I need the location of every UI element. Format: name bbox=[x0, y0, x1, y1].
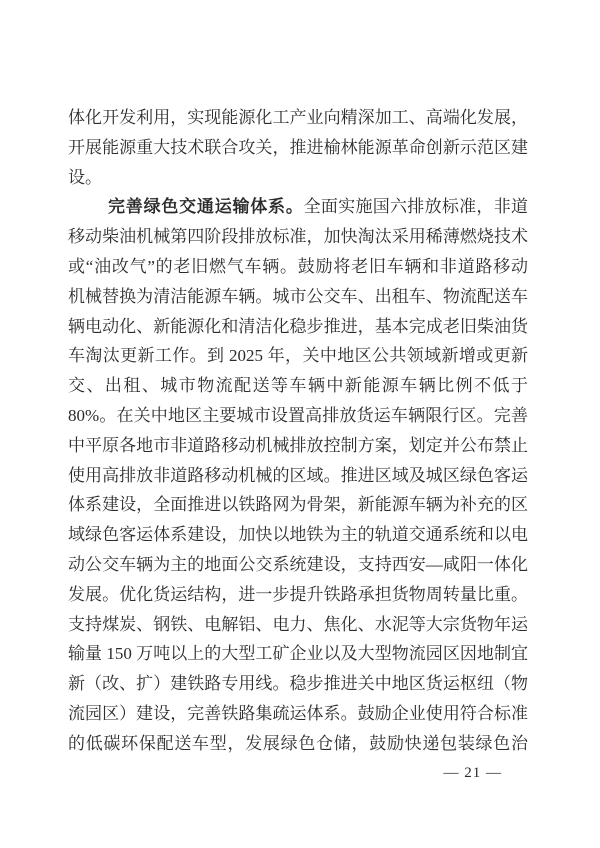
text-run: 的低碳环保配送车型，发展绿色仓储，鼓励快递包装绿色治 bbox=[68, 734, 528, 753]
text-line: 设。 bbox=[68, 163, 528, 193]
text-run: 80%。在关中地区主要城市设置高排放货运车辆限行区。完善关 bbox=[68, 406, 528, 431]
text-line: 完善绿色交通运输体系。全面实施国六排放标准，非道路 bbox=[68, 192, 528, 222]
text-line: 流园区）建设，完善铁路集疏运体系。鼓励企业使用符合标准 bbox=[68, 699, 528, 729]
text-line: 移动柴油机械第四阶段排放标准，加快淘汰采用稀薄燃烧技术 bbox=[68, 222, 528, 252]
text-line: 辆电动化、新能源化和清洁化稳步推进，基本完成老旧柴油货 bbox=[68, 312, 528, 342]
text-line: 的低碳环保配送车型，发展绿色仓储，鼓励快递包装绿色治 bbox=[68, 729, 528, 759]
text-run: 动公交车辆为主的地面公交系统建设，支持西安—咸阳一体化 bbox=[68, 555, 528, 574]
text-run: 流园区）建设，完善铁路集疏运体系。鼓励企业使用符合标准 bbox=[68, 704, 528, 723]
page-number: — 21 — bbox=[444, 763, 503, 783]
text-block: 体化开发利用，实现能源化工产业向精深加工、高端化发展，开展能源重大技术联合攻关，… bbox=[68, 103, 528, 759]
text-run: 体化开发利用，实现能源化工产业向精深加工、高端化发展， bbox=[68, 108, 528, 127]
text-run: 中平原各地市非道路移动机械排放控制方案，划定并公布禁止 bbox=[68, 436, 528, 455]
text-line: 体化开发利用，实现能源化工产业向精深加工、高端化发展， bbox=[68, 103, 528, 133]
text-line: 体系建设，全面推进以铁路网为骨架，新能源车辆为补充的区 bbox=[68, 490, 528, 520]
text-run: 支持煤炭、钢铁、电解铝、电力、焦化、水泥等大宗货物年运 bbox=[68, 615, 528, 634]
text-run: 或“油改气”的老旧燃气车辆。鼓励将老旧车辆和非道路移动 bbox=[68, 257, 528, 276]
text-line: 域绿色客运体系建设，加快以地铁为主的轨道交通系统和以电 bbox=[68, 520, 528, 550]
text-run: 机械替换为清洁能源车辆。城市公交车、出租车、物流配送车 bbox=[68, 287, 528, 306]
text-run: 域绿色客运体系建设，加快以地铁为主的轨道交通系统和以电 bbox=[68, 525, 528, 544]
text-line: 输量 150 万吨以上的大型工矿企业以及大型物流园区因地制宜 bbox=[68, 639, 528, 669]
text-run: 使用高排放非道路移动机械的区域。推进区域及城区绿色客运 bbox=[68, 466, 528, 485]
text-run: 交、出租、城市物流配送等车辆中新能源车辆比例不低于 bbox=[68, 376, 528, 395]
text-line: 80%。在关中地区主要城市设置高排放货运车辆限行区。完善关 bbox=[68, 401, 528, 431]
text-line: 中平原各地市非道路移动机械排放控制方案，划定并公布禁止 bbox=[68, 431, 528, 461]
text-line: 动公交车辆为主的地面公交系统建设，支持西安—咸阳一体化 bbox=[68, 550, 528, 580]
text-run: 开展能源重大技术联合攻关，推进榆林能源革命创新示范区建 bbox=[68, 138, 528, 157]
text-run: 体系建设，全面推进以铁路网为骨架，新能源车辆为补充的区 bbox=[68, 495, 528, 514]
text-run: 移动柴油机械第四阶段排放标准，加快淘汰采用稀薄燃烧技术 bbox=[68, 227, 528, 246]
text-line: 机械替换为清洁能源车辆。城市公交车、出租车、物流配送车 bbox=[68, 282, 528, 312]
text-line: 新（改、扩）建铁路专用线。稳步推进关中地区货运枢纽（物 bbox=[68, 669, 528, 699]
text-run: 新（改、扩）建铁路专用线。稳步推进关中地区货运枢纽（物 bbox=[68, 674, 528, 693]
text-line: 使用高排放非道路移动机械的区域。推进区域及城区绿色客运 bbox=[68, 461, 528, 491]
text-run: 车淘汰更新工作。到 2025 年，关中地区公共领域新增或更新公 bbox=[68, 346, 528, 371]
text-line: 交、出租、城市物流配送等车辆中新能源车辆比例不低于 bbox=[68, 371, 528, 401]
text-line: 发展。优化货运结构，进一步提升铁路承担货物周转量比重。 bbox=[68, 580, 528, 610]
text-line: 支持煤炭、钢铁、电解铝、电力、焦化、水泥等大宗货物年运 bbox=[68, 610, 528, 640]
text-run: 发展。优化货运结构，进一步提升铁路承担货物周转量比重。 bbox=[68, 585, 528, 604]
paragraph-heading: 完善绿色交通运输体系。 bbox=[108, 197, 304, 216]
text-run: 输量 150 万吨以上的大型工矿企业以及大型物流园区因地制宜 bbox=[68, 644, 528, 663]
text-line: 车淘汰更新工作。到 2025 年，关中地区公共领域新增或更新公 bbox=[68, 341, 528, 371]
text-line: 开展能源重大技术联合攻关，推进榆林能源革命创新示范区建 bbox=[68, 133, 528, 163]
document-page: 体化开发利用，实现能源化工产业向精深加工、高端化发展，开展能源重大技术联合攻关，… bbox=[0, 0, 600, 848]
text-run: 设。 bbox=[68, 168, 102, 187]
text-run: 辆电动化、新能源化和清洁化稳步推进，基本完成老旧柴油货 bbox=[68, 317, 528, 336]
text-line: 或“油改气”的老旧燃气车辆。鼓励将老旧车辆和非道路移动 bbox=[68, 252, 528, 282]
